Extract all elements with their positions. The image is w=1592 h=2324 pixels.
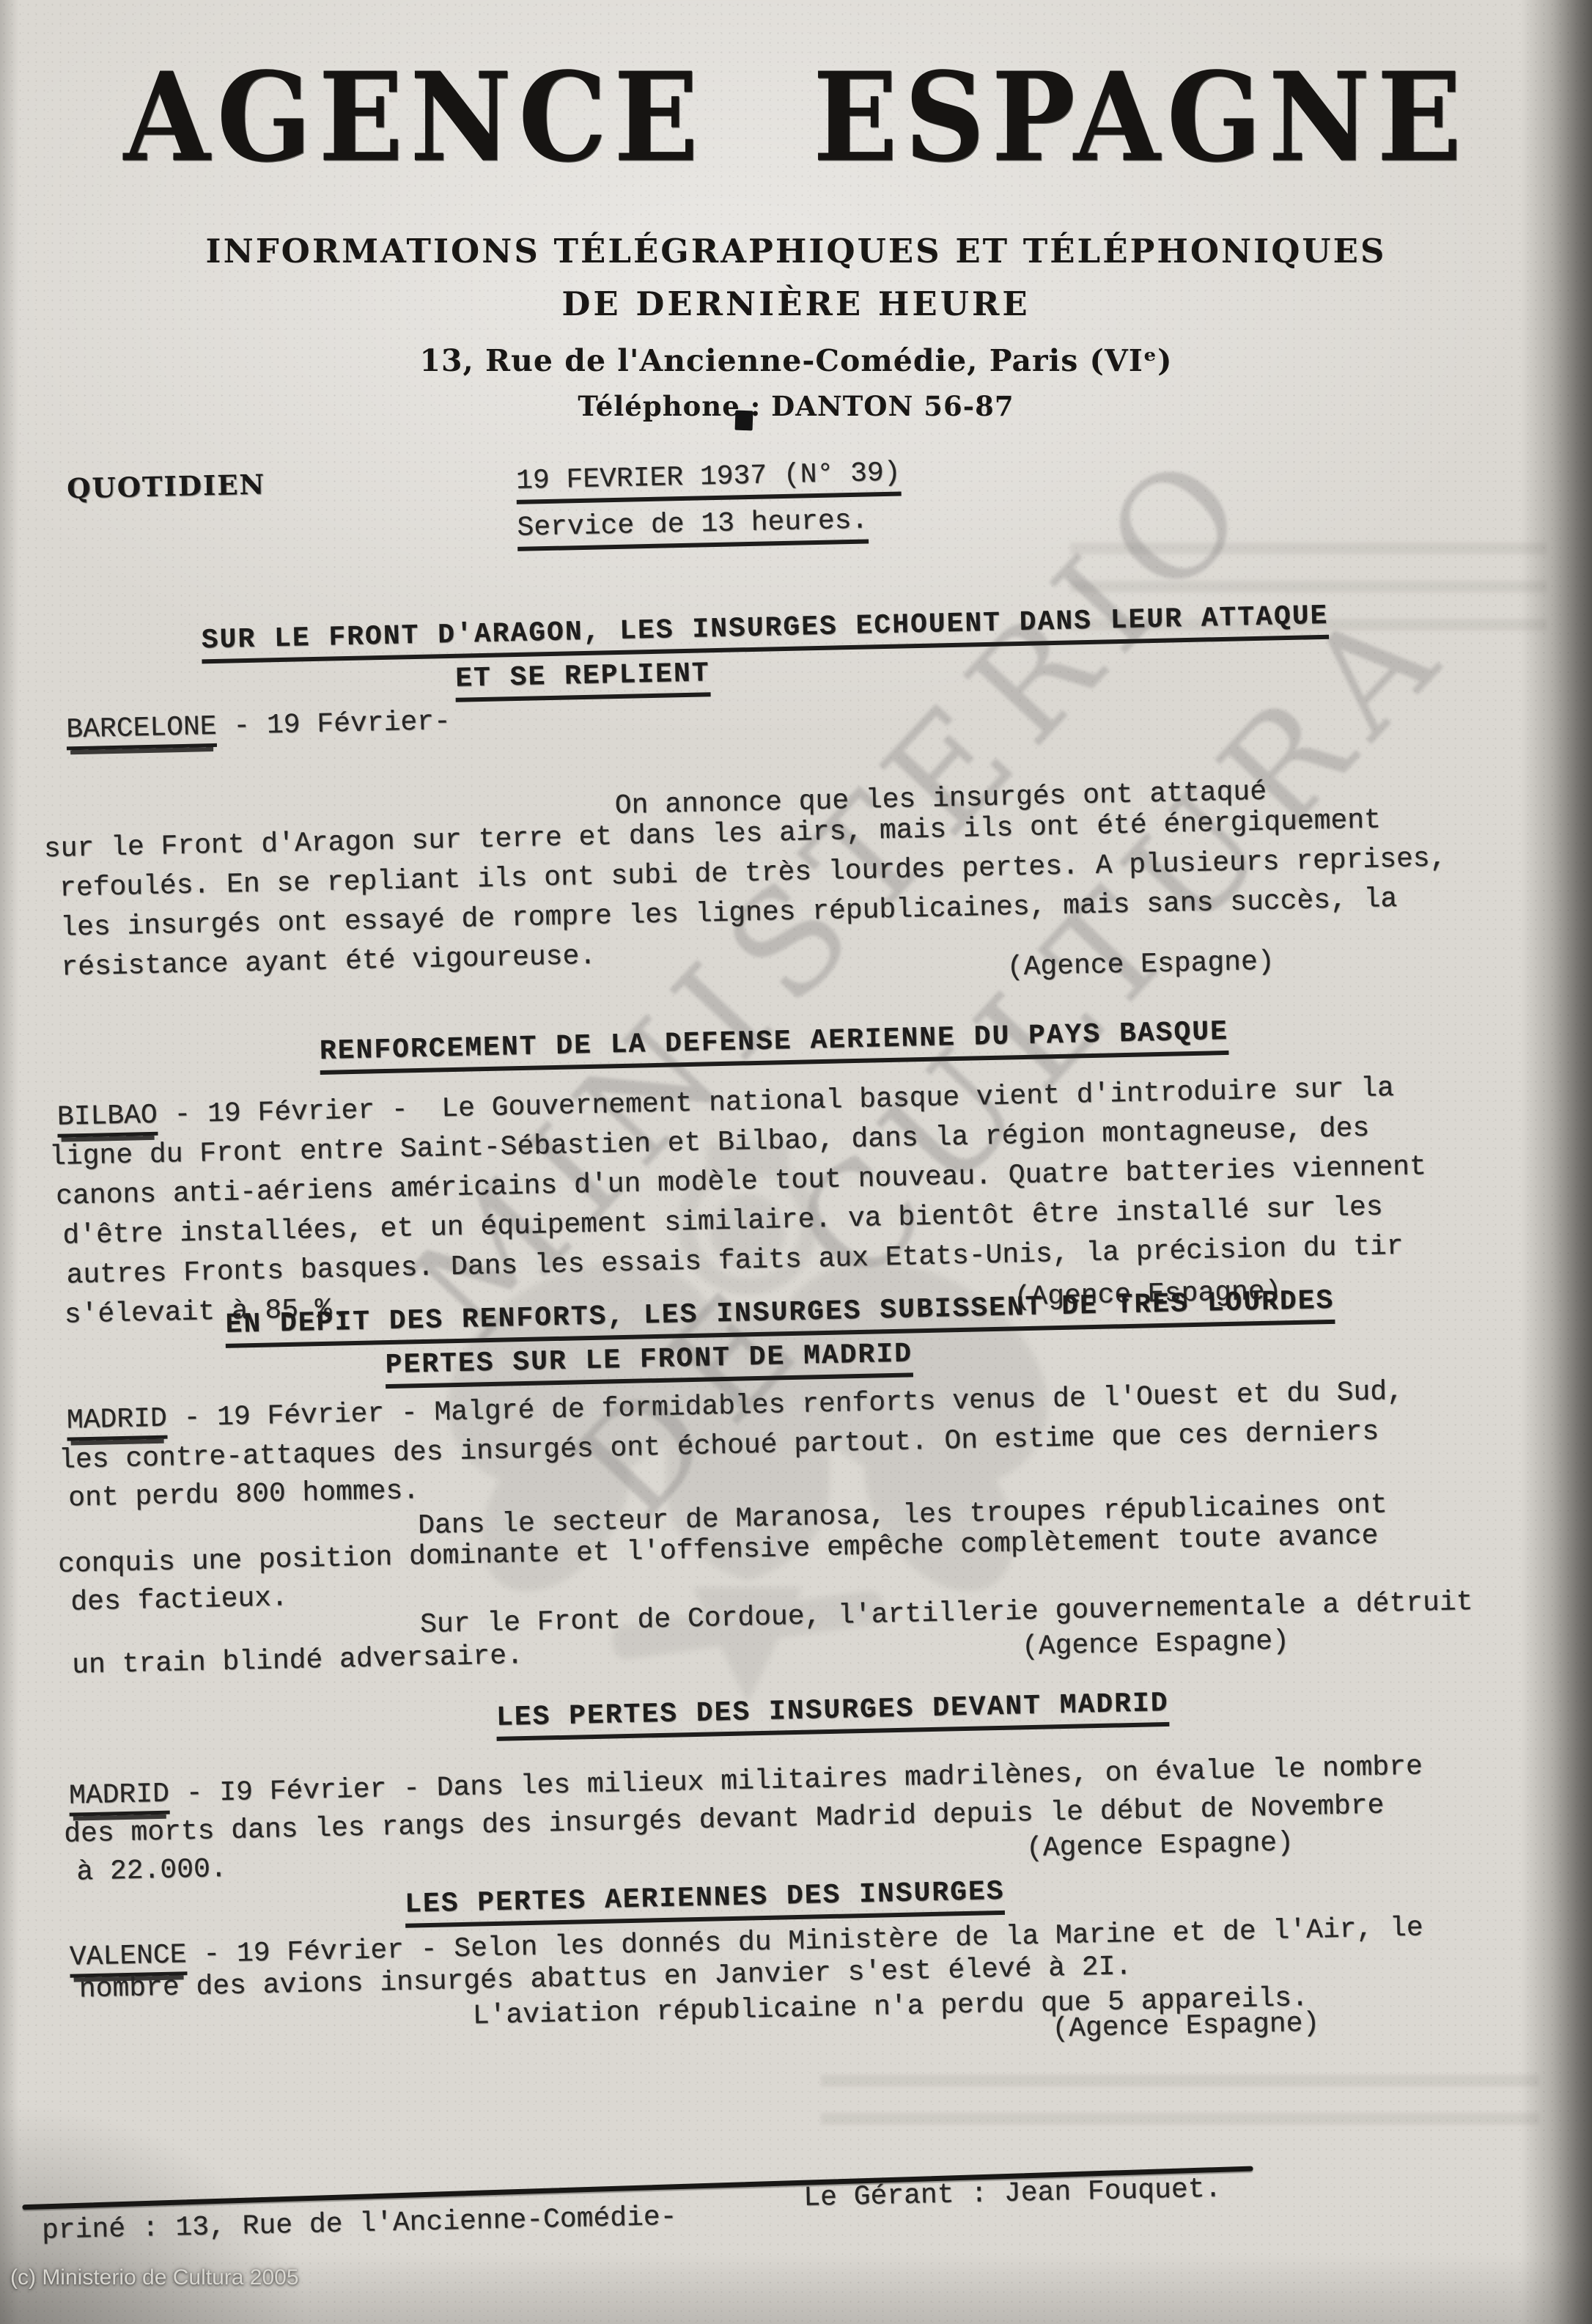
- issue-date-line: 19 FEVRIER 1937 (N° 39): [516, 456, 901, 498]
- text-line: ont perdu 800 hommes.: [68, 1474, 420, 1515]
- typed-body: QUOTIDIEN 19 FEVRIER 1937 (N° 39) Servic…: [0, 0, 1592, 2324]
- agency-credit: (Agence Espagne): [1052, 2007, 1320, 2047]
- article-headline: LES PERTES DES INSURGES DEVANT MADRID: [70, 1677, 1592, 1744]
- dateline-city: MADRID: [67, 1403, 168, 1441]
- article-headline: RENFORCEMENT DE LA DEFENSE AERIENNE DU P…: [12, 1009, 1537, 1075]
- dateline-city: BARCELONE: [66, 711, 217, 750]
- document-page: MINISTERIO DE CULTURA AGENCE ESPAGNE INF…: [0, 0, 1592, 2324]
- text-line: résistance ayant été vigoureuse.: [61, 940, 597, 985]
- dateline-city: BILBAO: [57, 1100, 158, 1138]
- copyright-watermark: (c) Ministerio de Cultura 2005: [10, 2265, 299, 2290]
- text-line: Sur le Front de Cordoue, l'artillerie go…: [420, 1586, 1473, 1642]
- agency-credit: (Agence Espagne): [1006, 946, 1275, 985]
- text-line: un train blindé adversaire.: [72, 1639, 524, 1683]
- footer-imprint: priné : 13, Rue de l'Ancienne-Comédie-: [42, 2201, 677, 2248]
- text-line: à 22.000.: [76, 1853, 227, 1889]
- periodicity-stamp: QUOTIDIEN: [67, 468, 266, 504]
- dateline: BARCELONE - 19 Février-: [66, 705, 451, 747]
- dateline-city: MADRID: [69, 1779, 170, 1817]
- issue-service-line: Service de 13 heures.: [517, 504, 869, 545]
- agency-credit: (Agence Espagne): [1026, 1826, 1294, 1866]
- text-line: des factieux.: [70, 1581, 288, 1619]
- agency-credit: (Agence Espagne): [1022, 1625, 1290, 1664]
